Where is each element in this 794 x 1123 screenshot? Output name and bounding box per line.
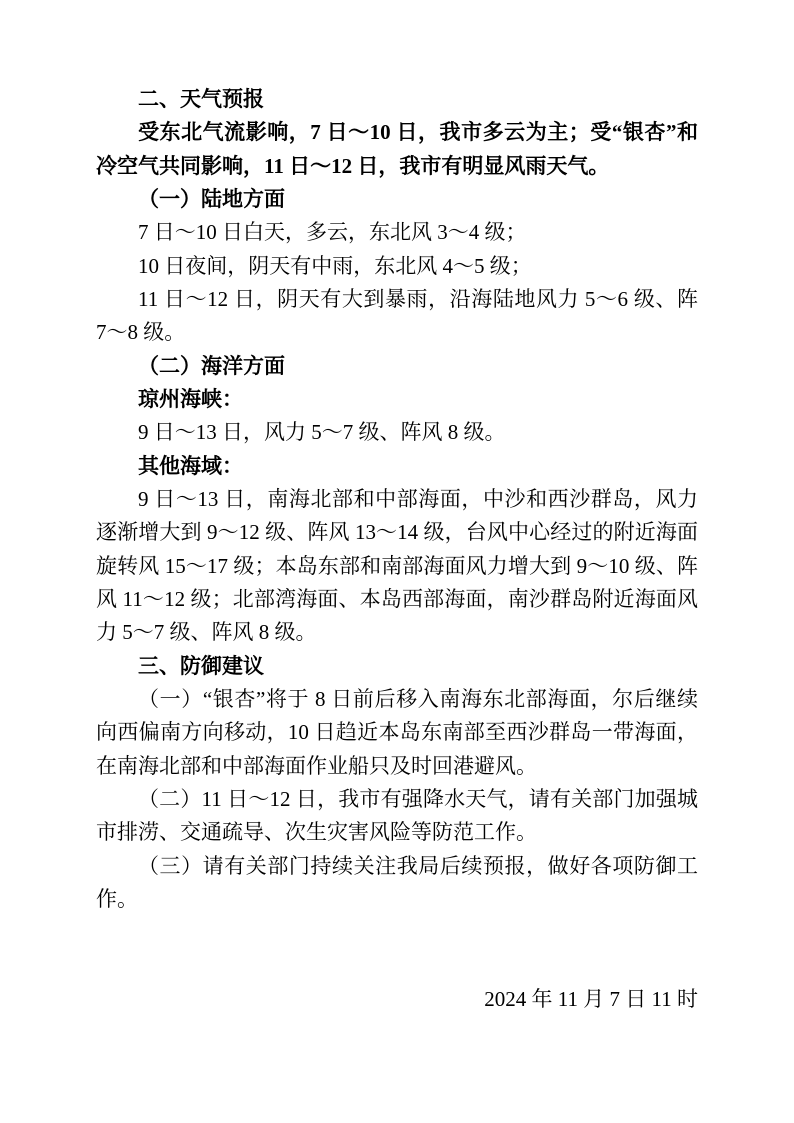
document-line: 作。 (96, 883, 698, 916)
document-line: 琼州海峡： (96, 383, 698, 416)
document-line: （二）海洋方面 (96, 350, 698, 383)
document-line: 9 日～13 日，南海北部和中部海面，中沙和西沙群岛，风力将 (96, 483, 698, 516)
document-line: （一）陆地方面 (96, 183, 698, 216)
document-line: 10 日夜间，阴天有中雨，东北风 4～5 级； (96, 250, 698, 283)
document-line: 市排涝、交通疏导、次生灾害风险等防范工作。 (96, 816, 698, 849)
document-line: 在南海北部和中部海面作业船只及时回港避风。 (96, 750, 698, 783)
document-line: 旋转风 15～17 级；本岛东部和南部海面风力增大到 9～10 级、阵 (96, 550, 698, 583)
document-line: 受东北气流影响，7 日～10 日，我市多云为主；受“银杏”和 (96, 116, 698, 149)
document-line: 9 日～13 日，风力 5～7 级、阵风 8 级。 (96, 416, 698, 449)
document-line: 力 5～7 级、阵风 8 级。 (96, 616, 698, 649)
document-body: 二、天气预报受东北气流影响，7 日～10 日，我市多云为主；受“银杏”和冷空气共… (96, 83, 698, 1016)
document-line: 其他海域： (96, 450, 698, 483)
document-line: 11 日～12 日，阴天有大到暴雨，沿海陆地风力 5～6 级、阵风 (96, 283, 698, 316)
document-line: 7 日～10 日白天，多云，东北风 3～4 级； (96, 216, 698, 249)
document-line: 冷空气共同影响，11 日～12 日，我市有明显风雨天气。 (96, 150, 698, 183)
document-line: （三）请有关部门持续关注我局后续预报，做好各项防御工 (96, 850, 698, 883)
document-line: 向西偏南方向移动，10 日趋近本岛东南部至西沙群岛一带海面，请 (96, 716, 698, 749)
document-line: 三、防御建议 (96, 650, 698, 683)
document-line: 二、天气预报 (96, 83, 698, 116)
document-line: 逐渐增大到 9～12 级、阵风 13～14 级，台风中心经过的附近海面 (96, 516, 698, 549)
document-page: 二、天气预报受东北气流影响，7 日～10 日，我市多云为主；受“银杏”和冷空气共… (0, 0, 794, 1123)
document-line: 7～8 级。 (96, 316, 698, 349)
document-line: （一）“银杏”将于 8 日前后移入南海东北部海面，尔后继续 (96, 683, 698, 716)
document-date: 2024 年 11 月 7 日 11 时 (96, 983, 698, 1016)
document-line: 风 11～12 级；北部湾海面、本岛西部海面，南沙群岛附近海面风 (96, 583, 698, 616)
document-line: （二）11 日～12 日，我市有强降水天气，请有关部门加强城 (96, 783, 698, 816)
